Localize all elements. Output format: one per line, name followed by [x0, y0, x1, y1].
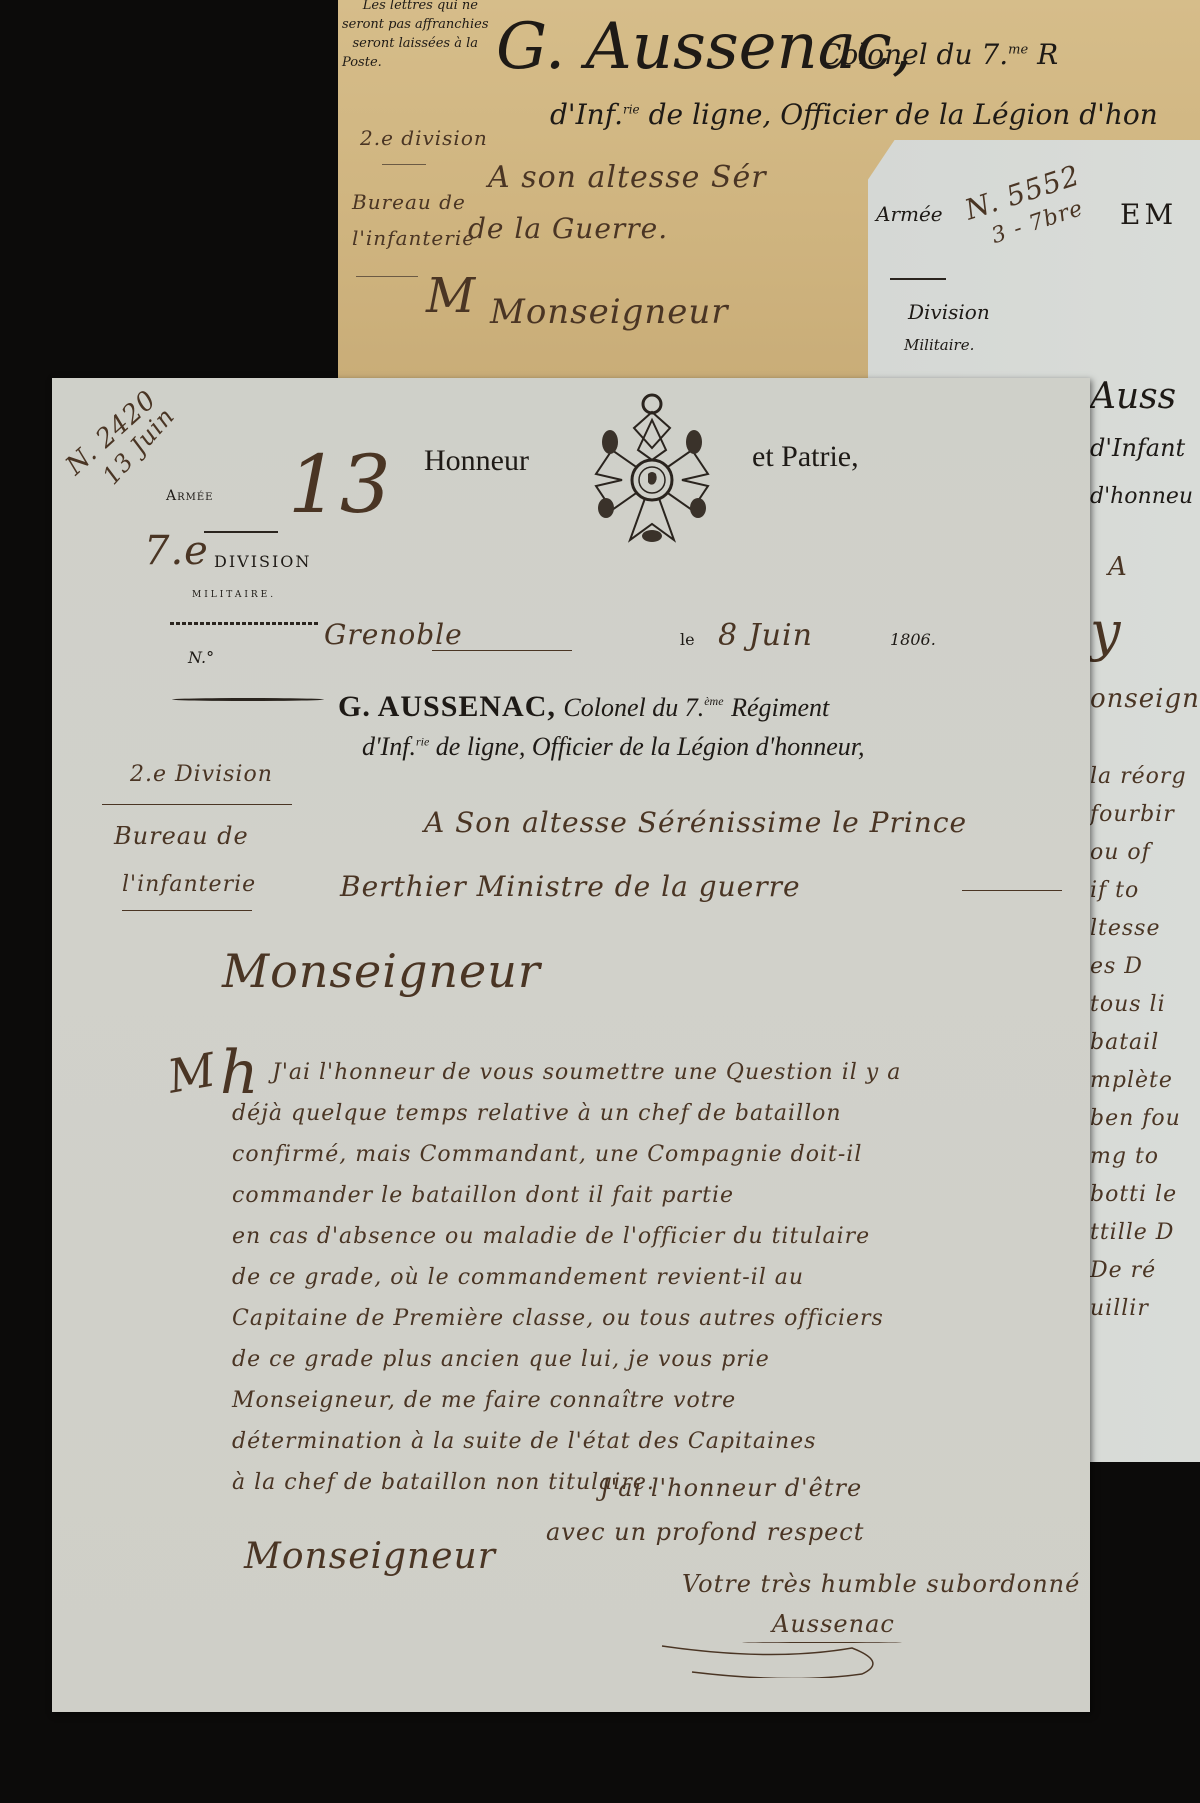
right-red-mark: y [1090, 600, 1122, 663]
motto-left: Honneur [424, 444, 529, 478]
militaire-label: MILITAIRE. [192, 590, 276, 600]
front-letter-sheet: N. 2420 13 Juin Armée 13 7.e DIVISION MI… [52, 378, 1090, 1712]
body-line: déjà quelque temps relative à un chef de… [232, 1101, 884, 1142]
margin-note-bureau: Bureau de [114, 822, 249, 850]
margin-rule-1 [102, 804, 292, 805]
salutation: Monseigneur [222, 944, 541, 998]
division-number: 7.e [144, 528, 209, 574]
motto-right: et Patrie, [752, 440, 859, 474]
colonel-name: G. AUSSENAC, [338, 690, 556, 723]
armee-number: 13 [288, 438, 392, 531]
header-line-1: G. AUSSENAC, Colonel du 7.ème Régiment [338, 690, 829, 724]
margin-note-division: 2.e Division [130, 762, 273, 787]
back-header-title-2: d'Inf.rie de ligne, Officier de la Légio… [550, 98, 1158, 131]
body-line: de ce grade plus ancien que lui, je vous… [232, 1347, 884, 1388]
back-salutation: Monseigneur [490, 292, 729, 332]
address-line-1: A Son altesse Sérénissime le Prince [424, 806, 967, 839]
margin-note-infanterie: l'infanterie [122, 872, 256, 897]
back-red-mark: M [426, 268, 476, 324]
back-address-line-1: A son altesse Sér [488, 160, 767, 195]
closing-line-2: avec un profond respect [546, 1518, 864, 1546]
date-prefix: le [680, 630, 695, 649]
margin-rule-2 [122, 910, 252, 911]
back-margin-rule-2 [356, 276, 418, 277]
legion-of-honour-star-icon [582, 390, 722, 550]
body-line: J'ai l'honneur de vous soumettre une Que… [272, 1060, 924, 1101]
right-line-2-partial: d'Infant [1090, 434, 1185, 462]
signature-flourish-curve [652, 1618, 892, 1678]
right-division-label: Division [908, 300, 990, 324]
closing-line-1: J'ai l'honneur d'être [600, 1474, 862, 1502]
right-line-3-partial: d'honneu [1090, 484, 1193, 509]
address-rule [962, 890, 1062, 891]
right-armee-label: Armée [876, 202, 943, 226]
armee-rule [204, 531, 278, 533]
body-line: détermination à la suite de l'état des C… [232, 1429, 884, 1470]
back-margin-note-division: 2.e division [360, 126, 488, 150]
number-rule [172, 698, 324, 701]
closing-line-3: Votre très humble subordonné [682, 1570, 1080, 1598]
back-address-line-2: de la Guerre. [468, 212, 668, 245]
red-mark-1: M [164, 1042, 221, 1104]
right-armee-rule [890, 278, 946, 280]
division-label: DIVISION [214, 552, 311, 571]
body-line: de ce grade, où le commandement revient-… [232, 1265, 884, 1306]
place-written: Grenoble [324, 618, 463, 651]
right-body-lines: la réorg fourbir ou of if to ltesse es D… [1090, 764, 1187, 1334]
right-name-partial: Auss [1090, 376, 1176, 417]
right-militaire-label: Militaire. [904, 336, 974, 354]
body-line: Monseigneur, de me faire connaître votre [232, 1388, 884, 1429]
date-year: 1806. [890, 630, 936, 649]
back-header-title-1: Colonel du 7.me R [820, 38, 1058, 71]
body-line: confirmé, mais Commandant, une Compagnie… [232, 1142, 884, 1183]
date-day-month: 8 Juin [718, 618, 813, 653]
division-wavy-rule [170, 622, 318, 625]
body-line: Capitaine de Première classe, ou tous au… [232, 1306, 884, 1347]
right-salutation-partial: onseigne [1090, 684, 1200, 714]
number-label: N.° [188, 648, 214, 667]
closing-salutation: Monseigneur [244, 1536, 496, 1577]
right-address-a: A [1108, 552, 1128, 582]
back-margin-note-infanterie: l'infanterie [352, 226, 475, 250]
back-margin-rule [382, 164, 426, 165]
letter-body: J'ai l'honneur de vous soumettre une Que… [232, 1060, 884, 1511]
header-line-2: d'Inf.rie de ligne, Officier de la Légio… [362, 732, 865, 762]
body-line: commander le bataillon dont il fait part… [232, 1183, 884, 1224]
right-header-partial: EM [1120, 198, 1177, 231]
back-margin-note-bureau: Bureau de [352, 190, 466, 214]
body-line: en cas d'absence ou maladie de l'officie… [232, 1224, 884, 1265]
place-rule [432, 650, 572, 651]
postal-notice: Les lettres qui ne seront pas affranchie… [342, 0, 478, 72]
address-line-2: Berthier Ministre de la guerre [340, 870, 801, 903]
armee-label: Armée [166, 488, 213, 504]
